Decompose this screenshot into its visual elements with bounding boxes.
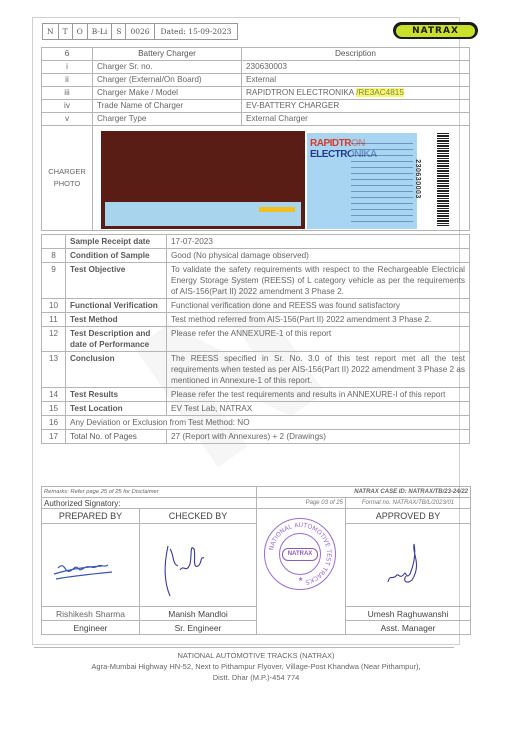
remarks: Remarks: Refer page 25 of 25 for Disclai…	[42, 487, 257, 498]
row-number: 13	[42, 352, 66, 388]
row-label: Charger Sr. no.	[93, 61, 242, 74]
barcode-icon	[437, 133, 449, 226]
row-number: 16	[42, 416, 66, 430]
stamp-cell: NATIONAL AUTOMOTIVE TEST TRACKS ★ NATRAX	[257, 509, 346, 635]
row-value: Please refer the test requirements and r…	[167, 388, 470, 402]
checked-by-designation: Sr. Engineer	[140, 621, 257, 635]
table-row: ii Charger (External/On Board) External	[42, 74, 470, 87]
stamp-center-text: NATRAX	[282, 548, 318, 561]
row-value: Test method referred from AIS-156(Part I…	[167, 313, 470, 327]
prepared-by-designation: Engineer	[42, 621, 140, 635]
row-label: Functional Verification	[66, 299, 167, 313]
charger-photo: RAPIDTRON ELECTRONIKA 230630003	[93, 126, 470, 231]
checked-by-heading: CHECKED BY	[140, 509, 257, 524]
code-cell: B-Li	[88, 24, 113, 39]
svg-text:★: ★	[298, 576, 303, 583]
charger-label-strip	[105, 202, 301, 226]
charger-nameplate-photo: RAPIDTRON ELECTRONIKA	[307, 133, 417, 229]
footer-org-name: NATIONAL AUTOMOTIVE TRACKS (NATRAX)	[32, 650, 480, 661]
barcode-photo: 230630003	[425, 133, 451, 226]
row-label: Test Method	[66, 313, 167, 327]
format-number: Format no. NATRAX/TB/L/2023/01	[346, 498, 471, 509]
row-label: Charger Make / Model	[93, 87, 242, 100]
row-label: Test Results	[66, 388, 167, 402]
authorized-signatory-label: Authorized Signatory:	[42, 498, 257, 509]
footer-divider	[34, 647, 454, 648]
row-value: The REESS specified in Sr. No. 3.0 of th…	[167, 352, 470, 388]
signature-icon	[346, 524, 476, 606]
row-label: Test Location	[66, 402, 167, 416]
row-number: 10	[42, 299, 66, 313]
charger-table: 6 Battery Charger Description i Charger …	[41, 47, 470, 231]
nameplate-specs	[351, 138, 413, 226]
table-row: 12 Test Description and date of Performa…	[42, 327, 470, 352]
row-value: 17-07-2023	[167, 235, 470, 249]
table-row: 10 Functional Verification Functional ve…	[42, 299, 470, 313]
row-number: iii	[42, 87, 93, 100]
table-row: Sample Receipt date 17-07-2023	[42, 235, 470, 249]
code-cell: S	[112, 24, 126, 39]
table-row: 8 Condition of Sample Good (No physical …	[42, 249, 470, 263]
row-number: 14	[42, 388, 66, 402]
row-label: Condition of Sample	[66, 249, 167, 263]
code-cell: T	[59, 24, 73, 39]
signature-icon	[42, 524, 135, 606]
approved-by-designation: Asst. Manager	[346, 621, 471, 635]
table-row: iv Trade Name of Charger EV-BATTERY CHAR…	[42, 100, 470, 113]
approved-by-name: Umesh Raghuwanshi	[346, 607, 471, 621]
charger-model-highlight: /RE3AC4815	[356, 88, 404, 97]
table-row: 17 Total No. of Pages 27 (Report with An…	[42, 430, 470, 444]
row-number: 11	[42, 313, 66, 327]
row-value: 230630003	[242, 61, 470, 74]
prepared-by-name: Rishikesh Sharma	[42, 607, 140, 621]
row-value: 27 (Report with Annexures) + 2 (Drawings…	[167, 430, 470, 444]
row-number: 8	[42, 249, 66, 263]
row-label: Sample Receipt date	[66, 235, 167, 249]
dated-cell: Dated: 15-09-2023	[155, 24, 238, 39]
row-value: To validate the safety requirements with…	[167, 263, 470, 299]
table-row: 13 Conclusion The REESS specified in Sr.…	[42, 352, 470, 388]
checked-by-name: Manish Mandloi	[140, 607, 257, 621]
code-cell: O	[73, 24, 88, 39]
row-label: Charger (External/On Board)	[93, 74, 242, 87]
footer-address-line2: Distt. Dhar (M.P.)-454 774	[32, 672, 480, 683]
case-id: NATRAX CASE ID: NATRAX/TB/23-24/22	[257, 487, 471, 498]
charger-table-header: 6 Battery Charger Description	[42, 48, 470, 61]
table-row: 16 Any Deviation or Exclusion from Test …	[42, 416, 470, 430]
table-row: 14 Test Results Please refer the test re…	[42, 388, 470, 402]
prepared-by-heading: PREPARED BY	[42, 509, 140, 524]
row-label: Test Description and date of Performance	[66, 327, 167, 352]
row-number: i	[42, 61, 93, 74]
row-value: EV-BATTERY CHARGER	[242, 100, 470, 113]
row-number: ii	[42, 74, 93, 87]
row-label: Total No. of Pages	[66, 430, 167, 444]
approved-by-heading: APPROVED BY	[346, 509, 471, 524]
row-number: 9	[42, 263, 66, 299]
table-row: 9 Test Objective To validate the safety …	[42, 263, 470, 299]
row-number	[42, 235, 66, 249]
row-value: Please refer the ANNEXURE-1 of this repo…	[167, 327, 470, 352]
row-value: Good (No physical damage observed)	[167, 249, 470, 263]
table-row: v Charger Type External Charger	[42, 113, 470, 126]
table-row: 15 Test Location EV Test Lab, NATRAX	[42, 402, 470, 416]
footer-address-line1: Agra-Mumbai Highway HN-52, Next to Pitha…	[32, 661, 480, 672]
warning-label	[259, 207, 295, 212]
charger-body-photo	[101, 131, 305, 229]
row-value: EV Test Lab, NATRAX	[167, 402, 470, 416]
row-label: Charger Type	[93, 113, 242, 126]
charger-photo-row: CHARGER PHOTO RAPIDTRON ELECTRONIKA 2306…	[42, 126, 470, 231]
barcode-number: 230630003	[411, 159, 423, 199]
row-label: Trade Name of Charger	[93, 100, 242, 113]
charger-photo-label: CHARGER PHOTO	[42, 126, 93, 231]
row-number: 17	[42, 430, 66, 444]
description-header: Description	[242, 48, 470, 61]
report-code-box: N T O B-Li S 0026 Dated: 15-09-2023	[42, 23, 238, 40]
row-label: Conclusion	[66, 352, 167, 388]
row-value: External	[242, 74, 470, 87]
row-number: 12	[42, 327, 66, 352]
row-value: Functional verification done and REESS w…	[167, 299, 470, 313]
row-label: Test Objective	[66, 263, 167, 299]
code-cell: N	[43, 24, 59, 39]
section-title: Battery Charger	[93, 48, 242, 61]
table-row: i Charger Sr. no. 230630003	[42, 61, 470, 74]
approved-signature	[346, 524, 471, 607]
row-value: External Charger	[242, 113, 470, 126]
row-number: v	[42, 113, 93, 126]
natrax-stamp-icon: NATIONAL AUTOMOTIVE TEST TRACKS ★ NATRAX	[264, 518, 336, 590]
charger-make: RAPIDTRON ELECTRONIKA	[246, 88, 356, 97]
deviation-statement: Any Deviation or Exclusion from Test Met…	[66, 416, 470, 430]
details-table: Sample Receipt date 17-07-2023 8 Conditi…	[41, 234, 470, 444]
page-number: Page 03 of 25	[257, 498, 346, 509]
code-cell: 0026	[126, 24, 154, 39]
checked-signature	[140, 524, 257, 607]
row-value: RAPIDTRON ELECTRONIKA /RE3AC4815	[242, 87, 470, 100]
prepared-signature	[42, 524, 140, 607]
natrax-logo-text: NATRAX	[396, 25, 475, 37]
section-number: 6	[42, 48, 93, 61]
signature-icon	[140, 524, 252, 606]
signatory-table: Remarks: Refer page 25 of 25 for Disclai…	[41, 486, 471, 635]
table-row: iii Charger Make / Model RAPIDTRON ELECT…	[42, 87, 470, 100]
natrax-logo: NATRAX	[393, 22, 478, 39]
table-row: 11 Test Method Test method referred from…	[42, 313, 470, 327]
row-number: 15	[42, 402, 66, 416]
row-number: iv	[42, 100, 93, 113]
